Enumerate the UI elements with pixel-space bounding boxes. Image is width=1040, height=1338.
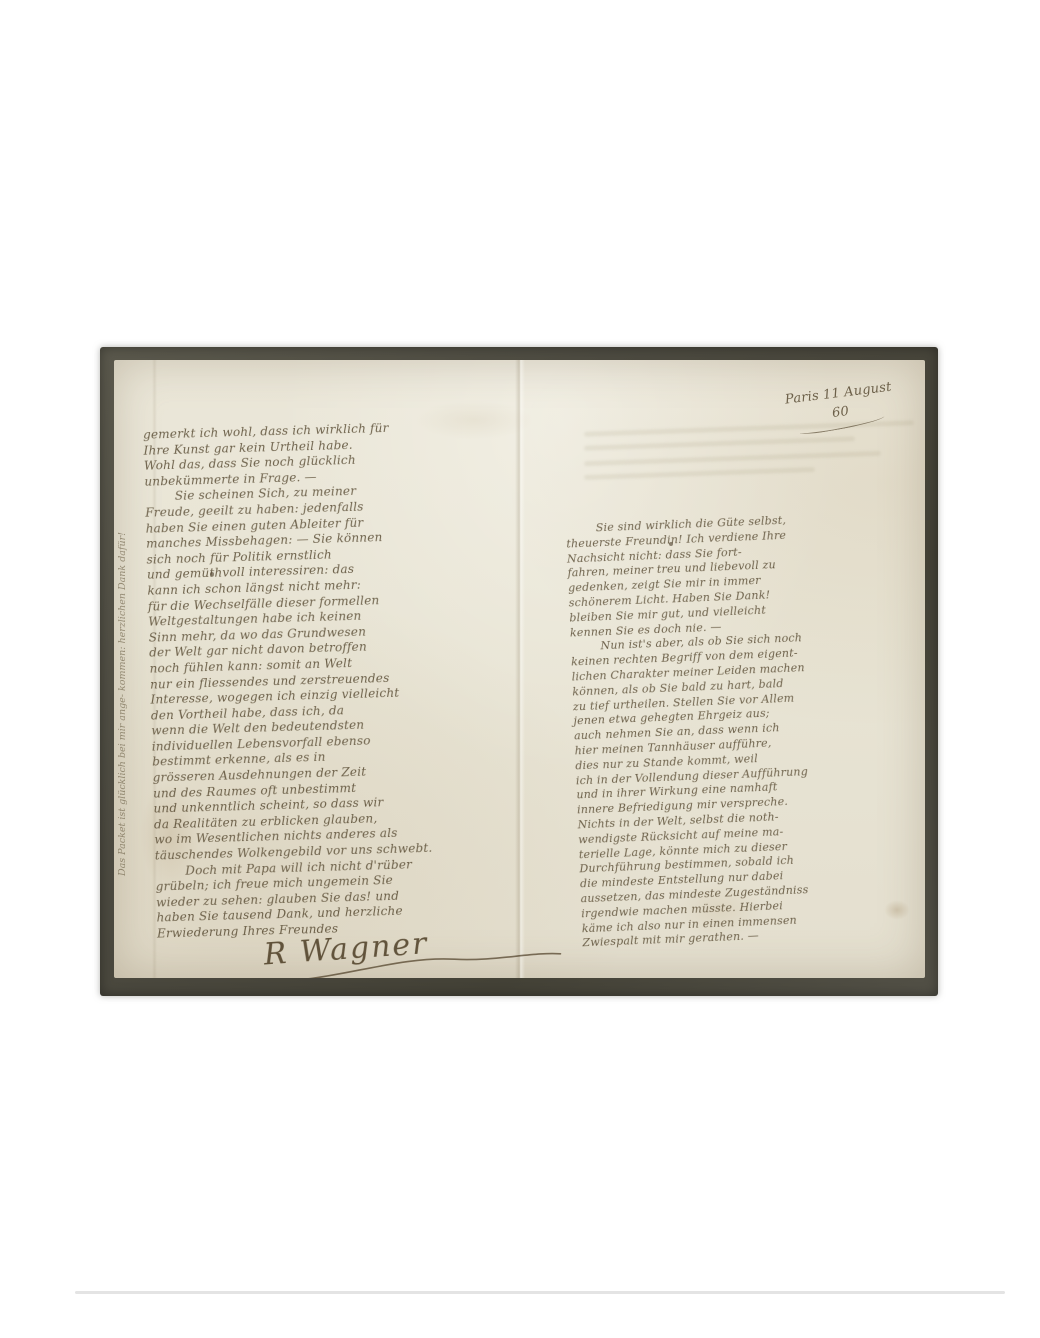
margin-note-line: kommen: herzlichen Dank dafür! (116, 532, 129, 691)
ink-showthrough-line (584, 451, 881, 466)
letter-photo-frame: Paris 11 August 60 Das Packet ist glückl… (100, 347, 938, 996)
ink-showthrough-line (584, 436, 855, 450)
margin-note-line: Das Packet ist glücklich bei mir ange- (116, 694, 129, 876)
paragraph: Sie sind wirklich die Güte selbst,theuer… (566, 508, 925, 641)
bottom-divider (75, 1291, 1005, 1294)
paragraph: gemerkt ich wohl, dass ich wirklich fürI… (143, 416, 547, 490)
letter-sheet: Paris 11 August 60 Das Packet ist glückl… (114, 360, 925, 978)
paragraph: Nun ist's aber, als ob Sie sich nochkein… (570, 626, 925, 951)
ink-showthrough-line (584, 467, 815, 480)
paragraph: Sie scheinen Sich, zu meinerFreude, geei… (145, 479, 557, 864)
margin-note: Das Packet ist glücklich bei mir ange- k… (116, 426, 146, 876)
left-page-text: gemerkt ich wohl, dass ich wirklich fürI… (143, 416, 559, 942)
ink-showthrough (584, 426, 914, 486)
right-page-text: Sie sind wirklich die Güte selbst,theuer… (566, 508, 925, 952)
